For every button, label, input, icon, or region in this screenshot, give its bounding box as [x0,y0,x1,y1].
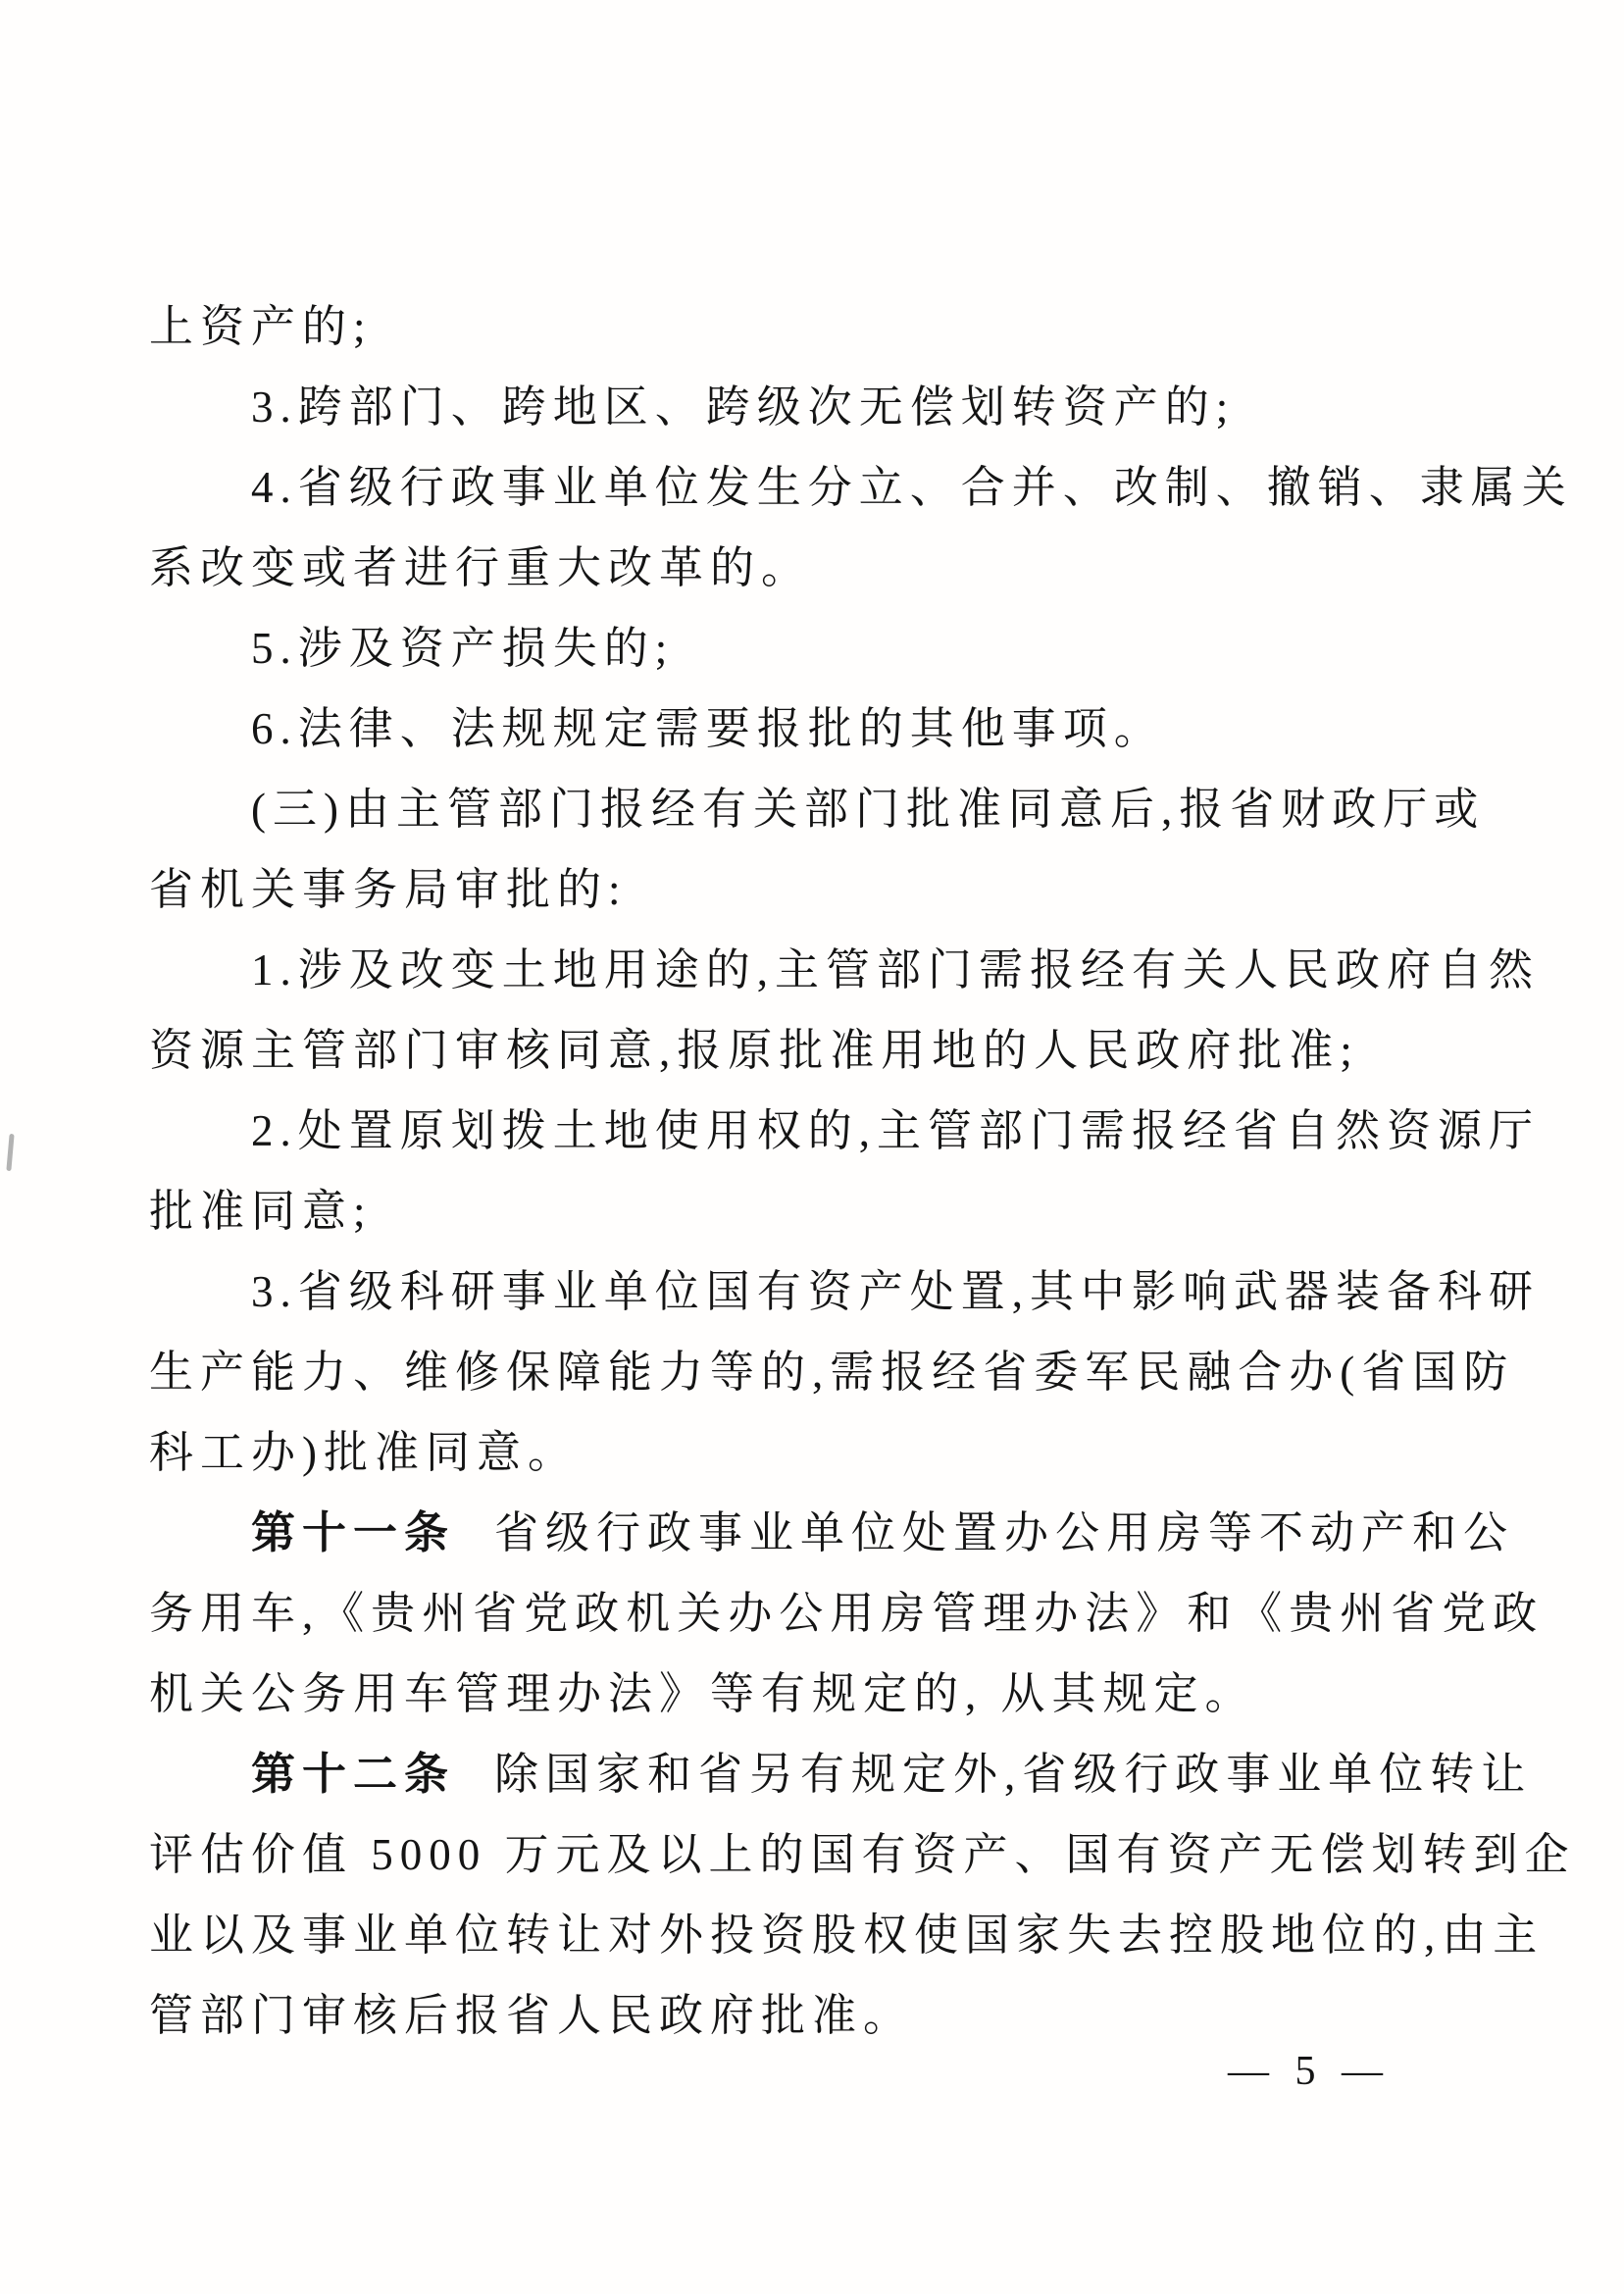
text-line: 科工办)批准同意。 [149,1412,1483,1493]
text-run: 机关公务用车管理办法》等有规定的, 从其规定。 [149,1669,1256,1718]
text-run: 批准同意; [149,1187,373,1236]
text-run: 2.处置原划拨土地使用权的,主管部门需报经省自然资源厅 [251,1106,1540,1155]
text-line: 第十二条除国家和省另有规定外,省级行政事业单位转让 [149,1734,1483,1814]
text-run: 6.法律、法规规定需要报批的其他事项。 [251,704,1165,753]
text-run: 生产能力、维修保障能力等的,需报经省委军民融合办(省国防 [149,1348,1514,1397]
text-line: 6.法律、法规规定需要报批的其他事项。 [149,688,1483,769]
article-heading: 第十一条 [251,1508,455,1557]
text-line: 系改变或者进行重大改革的。 [149,528,1483,608]
text-run: 4.省级行政事业单位发生分立、合并、改制、撤销、隶属关 [251,463,1573,512]
scan-artifact-mark [6,1134,14,1171]
text-run: 评估价值 5000 万元及以上的国有资产、国有资产无偿划转到企 [149,1830,1576,1879]
article-heading: 第十二条 [251,1750,455,1799]
text-line: 4.省级行政事业单位发生分立、合并、改制、撤销、隶属关 [149,447,1483,528]
text-run: 5.涉及资产损失的; [251,624,674,673]
text-run: 系改变或者进行重大改革的。 [149,543,812,592]
text-run: 管部门审核后报省人民政府批准。 [149,1991,914,2040]
text-line: 3.跨部门、跨地区、跨级次无偿划转资产的; [149,367,1483,447]
text-run: 省机关事务局审批的: [149,865,628,914]
text-run: 上资产的; [149,302,373,351]
text-line: (三)由主管部门报经有关部门批准同意后,报省财政厅或 [149,769,1483,849]
text-line: 批准同意; [149,1171,1483,1251]
text-run: 务用车,《贵州省党政机关办公用房管理办法》和《贵州省党政 [149,1589,1544,1638]
text-line: 业以及事业单位转让对外投资股权使国家失去控股地位的,由主 [149,1895,1483,1975]
text-line: 资源主管部门审核同意,报原批准用地的人民政府批准; [149,1010,1483,1091]
text-line: 1.涉及改变土地用途的,主管部门需报经有关人民政府自然 [149,930,1483,1010]
text-line: 生产能力、维修保障能力等的,需报经省委军民融合办(省国防 [149,1332,1483,1412]
text-run: 资源主管部门审核同意,报原批准用地的人民政府批准; [149,1026,1359,1075]
page-number: — 5 — [1228,2042,1391,2101]
document-body: 上资产的;3.跨部门、跨地区、跨级次无偿划转资产的;4.省级行政事业单位发生分立… [149,286,1483,2056]
text-line: 3.省级科研事业单位国有资产处置,其中影响武器装备科研 [149,1251,1483,1332]
document-page: 上资产的;3.跨部门、跨地区、跨级次无偿划转资产的;4.省级行政事业单位发生分立… [0,0,1624,2294]
text-line: 5.涉及资产损失的; [149,608,1483,688]
text-line: 第十一条省级行政事业单位处置办公用房等不动产和公 [149,1493,1483,1573]
text-line: 务用车,《贵州省党政机关办公用房管理办法》和《贵州省党政 [149,1573,1483,1654]
text-run: (三)由主管部门报经有关部门批准同意后,报省财政厅或 [251,785,1485,834]
text-line: 上资产的; [149,286,1483,367]
text-run: 省级行政事业单位处置办公用房等不动产和公 [494,1508,1514,1557]
text-run: 1.涉及改变土地用途的,主管部门需报经有关人民政府自然 [251,945,1540,994]
text-line: 省机关事务局审批的: [149,849,1483,930]
text-run: 除国家和省另有规定外,省级行政事业单位转让 [494,1750,1532,1799]
text-run: 业以及事业单位转让对外投资股权使国家失去控股地位的,由主 [149,1911,1544,1960]
text-line: 评估价值 5000 万元及以上的国有资产、国有资产无偿划转到企 [149,1814,1483,1895]
text-run: 3.省级科研事业单位国有资产处置,其中影响武器装备科研 [251,1267,1540,1316]
text-run: 科工办)批准同意。 [149,1428,579,1477]
text-line: 2.处置原划拨土地使用权的,主管部门需报经省自然资源厅 [149,1091,1483,1171]
text-line: 机关公务用车管理办法》等有规定的, 从其规定。 [149,1654,1483,1734]
text-run: 3.跨部门、跨地区、跨级次无偿划转资产的; [251,382,1235,432]
